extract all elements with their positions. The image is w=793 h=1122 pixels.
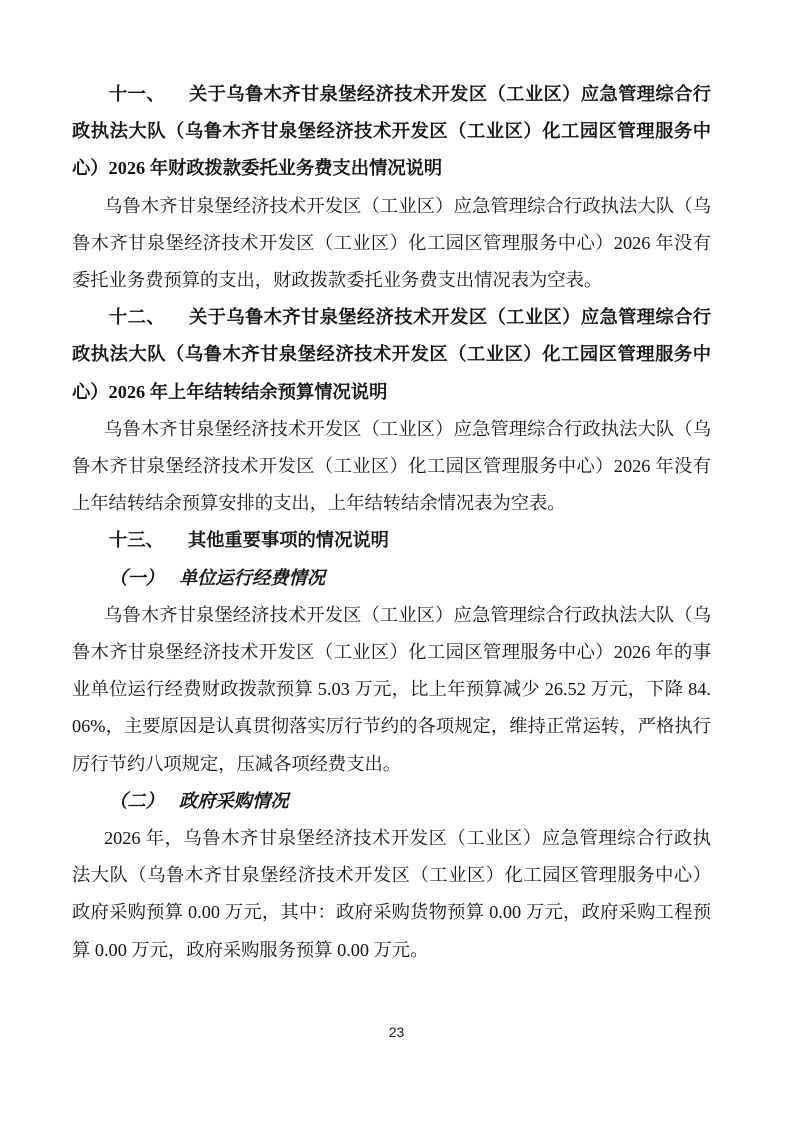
document-content: 十一、关于乌鲁木齐甘泉堡经济技术开发区（工业区）应急管理综合行政执法大队（乌鲁木…: [72, 76, 711, 969]
section-13-number: 十三、: [109, 530, 164, 550]
section-12-number: 十二、: [109, 307, 165, 327]
page-number: 23: [0, 1022, 793, 1042]
section-11-paragraph: 乌鲁木齐甘泉堡经济技术开发区（工业区）应急管理综合行政执法大队（乌鲁木齐甘泉堡经…: [72, 188, 711, 300]
subsection-1-title: 单位运行经费情况: [179, 568, 325, 588]
section-11-number: 十一、: [109, 84, 165, 104]
section-13-heading: 十三、其他重要事项的情况说明: [72, 522, 711, 559]
subsection-2-number: （二）: [109, 791, 164, 811]
subsection-1-number: （一）: [109, 568, 164, 588]
document-page: 十一、关于乌鲁木齐甘泉堡经济技术开发区（工业区）应急管理综合行政执法大队（乌鲁木…: [0, 0, 793, 1122]
subsection-2-paragraph: 2026 年，乌鲁木齐甘泉堡经济技术开发区（工业区）应急管理综合行政执法大队（乌…: [72, 820, 711, 969]
subsection-1-heading: （一）单位运行经费情况: [72, 560, 711, 597]
section-11-title: 关于乌鲁木齐甘泉堡经济技术开发区（工业区）应急管理综合行政执法大队（乌鲁木齐甘泉…: [72, 84, 711, 178]
section-12-heading: 十二、关于乌鲁木齐甘泉堡经济技术开发区（工业区）应急管理综合行政执法大队（乌鲁木…: [72, 299, 711, 411]
subsection-1-paragraph: 乌鲁木齐甘泉堡经济技术开发区（工业区）应急管理综合行政执法大队（乌鲁木齐甘泉堡经…: [72, 597, 711, 783]
subsection-2-title: 政府采购情况: [179, 791, 289, 811]
section-13-title: 其他重要事项的情况说明: [188, 530, 389, 550]
section-12-title: 关于乌鲁木齐甘泉堡经济技术开发区（工业区）应急管理综合行政执法大队（乌鲁木齐甘泉…: [72, 307, 711, 401]
section-12-paragraph: 乌鲁木齐甘泉堡经济技术开发区（工业区）应急管理综合行政执法大队（乌鲁木齐甘泉堡经…: [72, 411, 711, 523]
subsection-2-heading: （二）政府采购情况: [72, 783, 711, 820]
section-11-heading: 十一、关于乌鲁木齐甘泉堡经济技术开发区（工业区）应急管理综合行政执法大队（乌鲁木…: [72, 76, 711, 188]
